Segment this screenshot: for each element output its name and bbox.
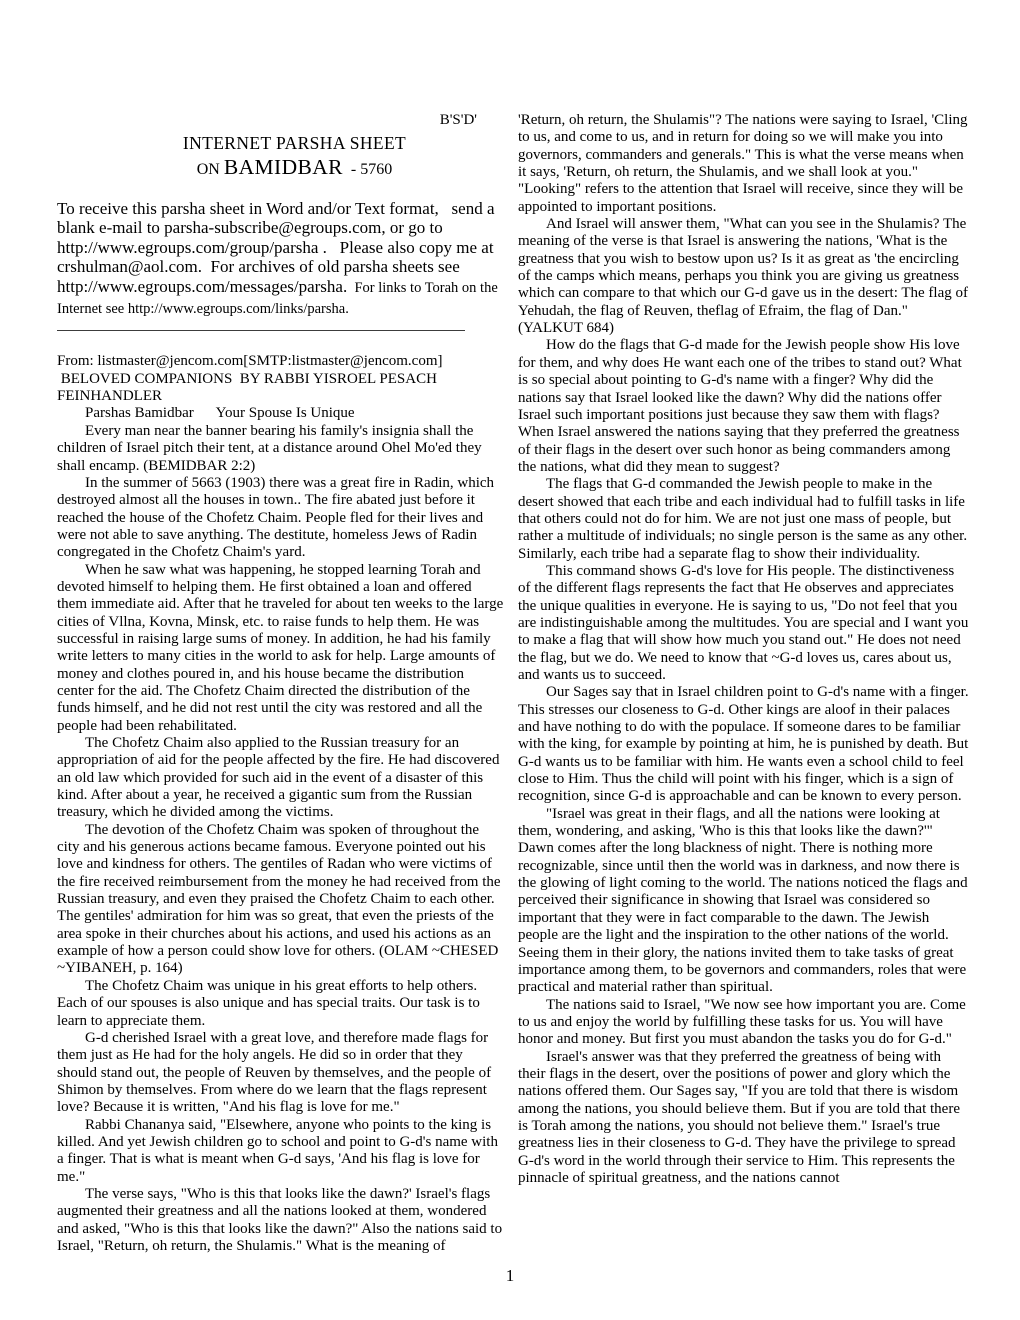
bsd-mark: B'S'D' — [57, 112, 504, 129]
paragraph: The Chofetz Chaim also applied to the Ru… — [57, 735, 504, 822]
document-page: B'S'D' INTERNET PARSHA SHEET ON BAMIDBAR… — [57, 112, 970, 1255]
subscription-info: To receive this parsha sheet in Word and… — [57, 199, 504, 319]
paragraph: Our Sages say that in Israel children po… — [518, 684, 970, 805]
paragraph: Israel's answer was that they preferred … — [518, 1049, 970, 1188]
subtitle-year: - 5760 — [343, 161, 392, 178]
paragraph: The Chofetz Chaim was unique in his grea… — [57, 978, 504, 1030]
subtitle-parsha-name: BAMIDBAR — [224, 155, 343, 179]
article-byline: BELOVED COMPANIONS BY RABBI YISROEL PESA… — [57, 371, 504, 406]
paragraph: When he saw what was happening, he stopp… — [57, 562, 504, 735]
page-number: 1 — [0, 1266, 1020, 1286]
divider-line — [57, 330, 465, 331]
paragraph: Every man near the banner bearing his fa… — [57, 423, 504, 475]
from-line: From: listmaster@jencom.com[SMTP:listmas… — [57, 353, 504, 370]
paragraph: The flags that G-d commanded the Jewish … — [518, 476, 970, 563]
subtitle-on: ON — [197, 161, 224, 178]
paragraph: 'Return, oh return, the Shulamis"? The n… — [518, 112, 970, 216]
paragraph: Rabbi Chananya said, "Elsewhere, anyone … — [57, 1117, 504, 1186]
page-subtitle: ON BAMIDBAR - 5760 — [57, 154, 504, 183]
paragraph: And Israel will answer them, "What can y… — [518, 216, 970, 337]
right-column: 'Return, oh return, the Shulamis"? The n… — [518, 112, 970, 1255]
paragraph: The verse says, "Who is this that looks … — [57, 1186, 504, 1255]
left-column: B'S'D' INTERNET PARSHA SHEET ON BAMIDBAR… — [57, 112, 504, 1255]
paragraph: How do the flags that G-d made for the J… — [518, 337, 970, 476]
paragraph: The devotion of the Chofetz Chaim was sp… — [57, 822, 504, 978]
article-heading: Parshas Bamidbar Your Spouse Is Unique — [57, 405, 504, 422]
paragraph: G-d cherished Israel with a great love, … — [57, 1030, 504, 1117]
paragraph: This command shows G-d's love for His pe… — [518, 563, 970, 684]
paragraph: "Israel was great in their flags, and al… — [518, 806, 970, 997]
page-title: INTERNET PARSHA SHEET — [57, 133, 504, 154]
paragraph: In the summer of 5663 (1903) there was a… — [57, 475, 504, 562]
paragraph: The nations said to Israel, "We now see … — [518, 997, 970, 1049]
